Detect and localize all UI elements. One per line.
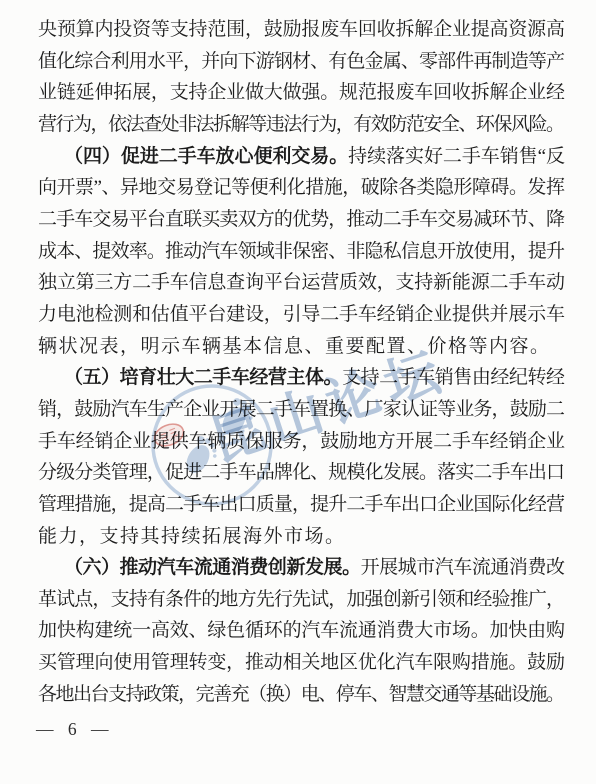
section-heading: （四）促进二手车放心便利交易。 — [64, 144, 348, 167]
svg-text:央预算内投资等支持范围，鼓励报废车回收拆解企业提高资源高: 央预算内投资等支持范围，鼓励报废车回收拆解企业提高资源高 — [38, 18, 565, 40]
line-text: 向开票”、异地交易登记等便利化措施，破除各类隐形障碍。发挥 — [38, 176, 565, 198]
line-text: 辆状况表，明示车辆基本信息、重要配置、价格等内容。 — [38, 335, 551, 357]
text-line: 辆状况表，明示车辆基本信息、重要配置、价格等内容。 — [38, 328, 565, 360]
line-text: 成本、提效率。推动汽车领域非保密、非隐私信息开放使用，提升 — [38, 240, 565, 262]
line-text: 业链延伸拓展，支持企业做大做强。规范报废车回收拆解企业经 — [38, 81, 565, 103]
text-line: （六）推动汽车流通消费创新发展。开展城市汽车流通消费改 — [38, 549, 565, 581]
line-text: 开展城市汽车流通消费改 — [361, 556, 565, 578]
svg-text:独立第三方二手车信息查询平台运营质效，支持新能源二手车动: 独立第三方二手车信息查询平台运营质效，支持新能源二手车动 — [38, 271, 565, 293]
svg-text:革试点，支持有条件的地方先行先试，加强创新引领和经验推广，: 革试点，支持有条件的地方先行先试，加强创新引领和经验推广， — [38, 588, 565, 610]
text-line: 各地出台支持政策，完善充（换）电、停车、智慧交通等基础设施。 — [38, 676, 565, 708]
text-line: 力电池检测和估值平台建设，引导二手车经销企业提供并展示车 — [38, 296, 565, 328]
line-text: 持续落实好二手车销售“反 — [348, 145, 565, 167]
text-line: 买管理向使用管理转变，推动相关地区优化汽车限购措施。鼓励 — [38, 644, 565, 676]
text-line: 管理措施，提高二手车出口质量，提升二手车出口企业国际化经营 — [38, 486, 565, 518]
line-text: 分级分类管理，促进二手车品牌化、规模化发展。落实二手车出口 — [38, 461, 565, 483]
svg-text:分级分类管理，促进二手车品牌化、规模化发展。落实二手车出口: 分级分类管理，促进二手车品牌化、规模化发展。落实二手车出口 — [38, 461, 565, 483]
svg-text:营行为，依法查处非法拆解等违法行为，有效防范安全、环保风险。: 营行为，依法查处非法拆解等违法行为，有效防范安全、环保风险。 — [38, 113, 565, 135]
line-text: 买管理向使用管理转变，推动相关地区优化汽车限购措施。鼓励 — [38, 651, 565, 673]
svg-text:加快构建统一高效、绿色循环的汽车流通消费大市场。加快由购: 加快构建统一高效、绿色循环的汽车流通消费大市场。加快由购 — [38, 619, 565, 641]
text-line: 分级分类管理，促进二手车品牌化、规模化发展。落实二手车出口 — [38, 454, 565, 486]
svg-text:能力，支持其持续拓展海外市场。: 能力，支持其持续拓展海外市场。 — [38, 525, 346, 547]
line-text: 二手车交易平台直联买卖双方的优势，推动二手车交易减环节、降 — [38, 207, 565, 230]
svg-text:业链延伸拓展，支持企业做大做强。规范报废车回收拆解企业经: 业链延伸拓展，支持企业做大做强。规范报废车回收拆解企业经 — [38, 81, 565, 103]
document-page: 昆山论坛 央预算内投资等支持范围，鼓励报废车回收拆解企业提高资源高值化综合利用水… — [0, 0, 596, 784]
svg-text:（六）推动汽车流通消费创新发展。开展城市汽车流通消费改: （六）推动汽车流通消费创新发展。开展城市汽车流通消费改 — [64, 555, 565, 578]
line-text: 各地出台支持政策，完善充（换）电、停车、智慧交通等基础设施。 — [38, 683, 565, 705]
text-line: 二手车交易平台直联买卖双方的优势，推动二手车交易减环节、降 — [38, 201, 565, 233]
svg-text:（四）促进二手车放心便利交易。持续落实好二手车销售“反: （四）促进二手车放心便利交易。持续落实好二手车销售“反 — [64, 144, 565, 167]
line-text: 央预算内投资等支持范围，鼓励报废车回收拆解企业提高资源高 — [38, 18, 565, 40]
svg-text:值化综合利用水平，并向下游钢材、有色金属、零部件再制造等产: 值化综合利用水平，并向下游钢材、有色金属、零部件再制造等产 — [38, 50, 565, 72]
line-text: 革试点，支持有条件的地方先行先试，加强创新引领和经验推广， — [38, 588, 565, 610]
svg-text:辆状况表，明示车辆基本信息、重要配置、价格等内容。: 辆状况表，明示车辆基本信息、重要配置、价格等内容。 — [38, 335, 551, 357]
svg-text:二手车交易平台直联买卖双方的优势，推动二手车交易减环节、降: 二手车交易平台直联买卖双方的优势，推动二手车交易减环节、降 — [38, 207, 565, 230]
svg-text:力电池检测和估值平台建设，引导二手车经销企业提供并展示车: 力电池检测和估值平台建设，引导二手车经销企业提供并展示车 — [38, 303, 565, 325]
svg-text:管理措施，提高二手车出口质量，提升二手车出口企业国际化经营: 管理措施，提高二手车出口质量，提升二手车出口企业国际化经营 — [38, 493, 565, 515]
line-text: 加快构建统一高效、绿色循环的汽车流通消费大市场。加快由购 — [38, 619, 565, 641]
text-line: 革试点，支持有条件的地方先行先试，加强创新引领和经验推广， — [38, 581, 565, 613]
line-text: 力电池检测和估值平台建设，引导二手车经销企业提供并展示车 — [38, 303, 565, 325]
svg-text:各地出台支持政策，完善充（换）电、停车、智慧交通等基础设施。: 各地出台支持政策，完善充（换）电、停车、智慧交通等基础设施。 — [38, 683, 565, 705]
text-line: 能力，支持其持续拓展海外市场。 — [38, 518, 565, 550]
text-line: 营行为，依法查处非法拆解等违法行为，有效防范安全、环保风险。 — [38, 106, 565, 138]
line-text: 独立第三方二手车信息查询平台运营质效，支持新能源二手车动 — [38, 271, 565, 293]
document-body: 央预算内投资等支持范围，鼓励报废车回收拆解企业提高资源高值化综合利用水平，并向下… — [38, 11, 565, 707]
page-number: — 6 — — [36, 719, 114, 740]
text-line: （四）促进二手车放心便利交易。持续落实好二手车销售“反 — [38, 138, 565, 170]
text-line: 业链延伸拓展，支持企业做大做强。规范报废车回收拆解企业经 — [38, 74, 565, 106]
text-line: 值化综合利用水平，并向下游钢材、有色金属、零部件再制造等产 — [38, 43, 565, 75]
svg-text:买管理向使用管理转变，推动相关地区优化汽车限购措施。鼓励: 买管理向使用管理转变，推动相关地区优化汽车限购措施。鼓励 — [38, 651, 565, 673]
text-line: 央预算内投资等支持范围，鼓励报废车回收拆解企业提高资源高 — [38, 11, 565, 43]
text-line: 独立第三方二手车信息查询平台运营质效，支持新能源二手车动 — [38, 264, 565, 296]
section-heading: （六）推动汽车流通消费创新发展。 — [64, 555, 361, 578]
line-text: 营行为，依法查处非法拆解等违法行为，有效防范安全、环保风险。 — [38, 113, 565, 135]
text-line: 成本、提效率。推动汽车领域非保密、非隐私信息开放使用，提升 — [38, 233, 565, 265]
line-text: 值化综合利用水平，并向下游钢材、有色金属、零部件再制造等产 — [38, 50, 565, 72]
line-text: 管理措施，提高二手车出口质量，提升二手车出口企业国际化经营 — [38, 493, 565, 515]
text-line: 向开票”、异地交易登记等便利化措施，破除各类隐形障碍。发挥 — [38, 169, 565, 201]
line-text: 能力，支持其持续拓展海外市场。 — [38, 525, 346, 547]
text-line: 加快构建统一高效、绿色循环的汽车流通消费大市场。加快由购 — [38, 612, 565, 644]
svg-text:成本、提效率。推动汽车领域非保密、非隐私信息开放使用，提升: 成本、提效率。推动汽车领域非保密、非隐私信息开放使用，提升 — [38, 240, 565, 262]
svg-text:向开票”、异地交易登记等便利化措施，破除各类隐形障碍。发挥: 向开票”、异地交易登记等便利化措施，破除各类隐形障碍。发挥 — [38, 176, 565, 198]
